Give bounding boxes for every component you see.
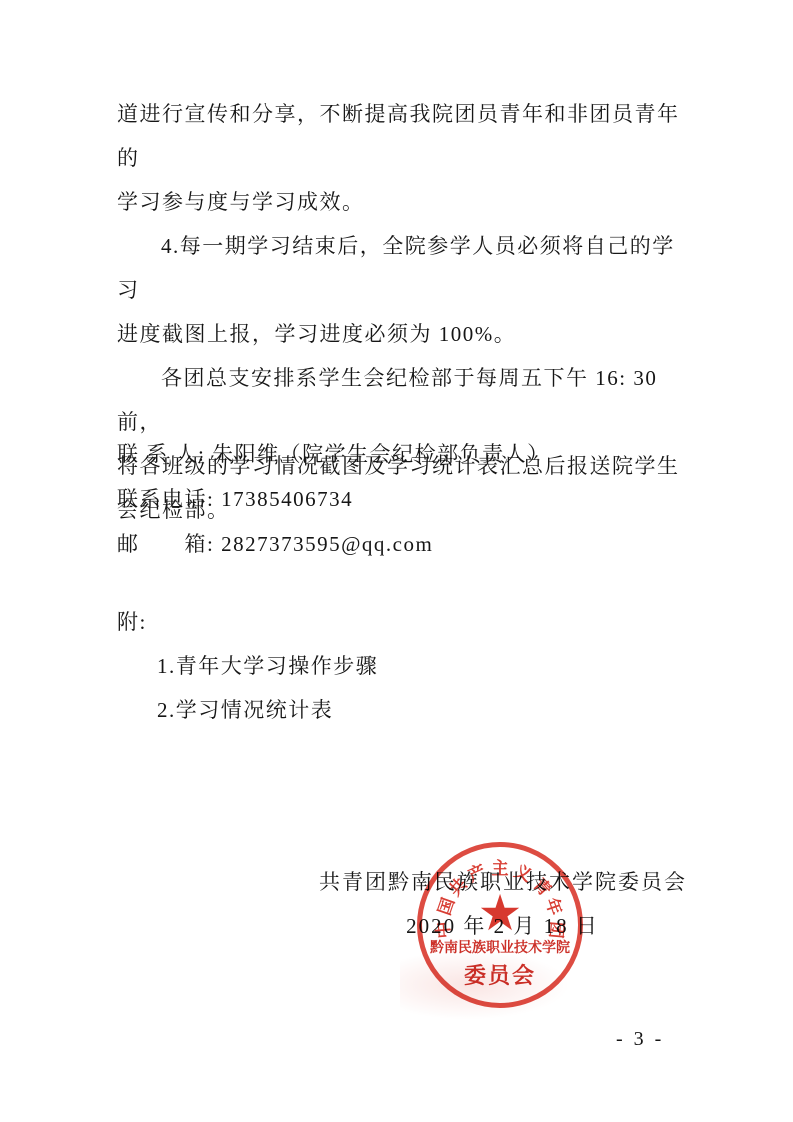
page-number: - 3 - [616,1028,664,1051]
body-line-3: 4.每一期学习结束后，全院参学人员必须将自己的学习 [117,224,687,312]
contact-email: 邮 箱: 2827373595@qq.com [117,522,687,567]
contact-info: 联 系 人: 朱阳维（院学生会纪检部负责人） 联系电话: 17385406734… [117,432,687,567]
seal-committee: 委员会 [464,959,536,990]
attachment-item-1: 1.青年大学习操作步骤 [117,644,687,688]
body-line-1: 道进行宣传和分享，不断提高我院团员青年和非团员青年的 [117,92,687,180]
attachments-list: 附: 1.青年大学习操作步骤 2.学习情况统计表 [117,600,687,732]
seal-org-name: 黔南民族职业技术学院 [430,937,570,957]
contact-person: 联 系 人: 朱阳维（院学生会纪检部负责人） [117,432,687,477]
attachments-heading: 附: [117,600,687,644]
official-seal: 中 国 共 产 主 义 青 年 团 ★ 黔南民族职业技术学院 委员会 [417,842,583,1008]
seal-ring-char: 主 [489,855,511,877]
body-line-2: 学习参与度与学习成效。 [117,180,687,224]
body-line-5: 各团总支安排系学生会纪检部于每周五下午 16: 30 前， [117,356,687,444]
document-page: 道进行宣传和分享，不断提高我院团员青年和非团员青年的 学习参与度与学习成效。 4… [0,0,793,1122]
contact-phone: 联系电话: 17385406734 [117,477,687,522]
body-line-4: 进度截图上报，学习进度必须为 100%。 [117,312,687,356]
star-icon: ★ [478,888,523,938]
attachment-item-2: 2.学习情况统计表 [117,688,687,732]
